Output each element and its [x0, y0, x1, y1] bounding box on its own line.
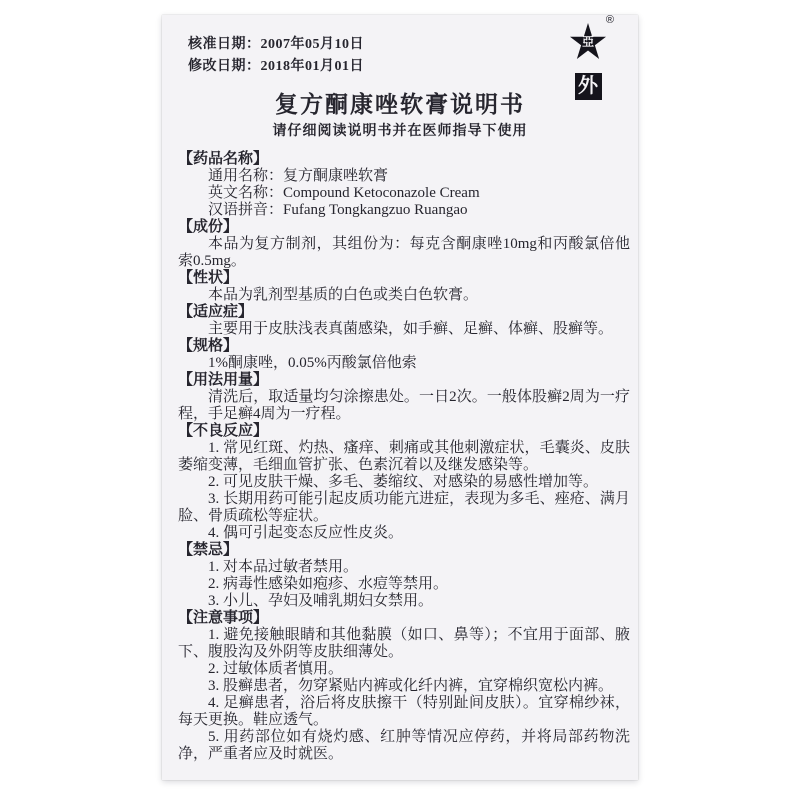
section: 【禁忌】1. 对本品过敏者禁用。2. 病毒性感染如疱疹、水痘等禁用。3. 小儿、…	[178, 542, 630, 610]
sections: 【药品名称】通用名称：复方酮康唑软膏英文名称：Compound Ketocona…	[178, 151, 630, 763]
section-paragraph: 英文名称：Compound Ketoconazole Cream	[178, 185, 630, 202]
section: 【药品名称】通用名称：复方酮康唑软膏英文名称：Compound Ketocona…	[178, 151, 630, 219]
package-insert-paper: 亞 ® 外 核准日期：2007年05月10日 修改日期：2018年01月01日 …	[162, 15, 638, 780]
section-heading: 【用法用量】	[178, 372, 630, 389]
external-use-badge: 外	[575, 73, 602, 100]
page-title: 复方酮康唑软膏说明书	[162, 91, 638, 119]
star-icon: 亞	[570, 23, 606, 59]
section-paragraph: 3. 长期用药可能引起皮质功能亢进症，表现为多毛、痤疮、满月脸、骨质疏松等症状。	[178, 491, 630, 525]
section: 【注意事项】1. 避免接触眼睛和其他黏膜（如口、鼻等）；不宜用于面部、腋下、腹股…	[178, 610, 630, 763]
section-paragraph: 4. 足癣患者，浴后将皮肤擦干（特别趾间皮肤）。宜穿棉纱袜，每天更换。鞋应透气。	[178, 695, 630, 729]
section-heading: 【成份】	[178, 219, 630, 236]
section-paragraph: 主要用于皮肤浅表真菌感染，如手癣、足癣、体癣、股癣等。	[178, 321, 630, 338]
section-paragraph: 5. 用药部位如有烧灼感、红肿等情况应停药，并将局部药物洗净，严重者应及时就医。	[178, 729, 630, 763]
section-heading: 【适应症】	[178, 304, 630, 321]
section: 【不良反应】1. 常见红斑、灼热、瘙痒、刺痛或其他刺激症状，毛囊炎、皮肤萎缩变薄…	[178, 423, 630, 542]
section-paragraph: 4. 偶可引起变态反应性皮炎。	[178, 525, 630, 542]
section-paragraph: 2. 病毒性感染如疱疹、水痘等禁用。	[178, 576, 630, 593]
section: 【用法用量】清洗后，取适量均匀涂擦患处。一日2次。一般体股癣2周为一疗程，手足癣…	[178, 372, 630, 423]
section-heading: 【规格】	[178, 338, 630, 355]
section-paragraph: 汉语拼音：Fufang Tongkangzuo Ruangao	[178, 202, 630, 219]
section: 【适应症】主要用于皮肤浅表真菌感染，如手癣、足癣、体癣、股癣等。	[178, 304, 630, 338]
section-heading: 【性状】	[178, 270, 630, 287]
section-paragraph: 2. 过敏体质者慎用。	[178, 661, 630, 678]
section-paragraph: 通用名称：复方酮康唑软膏	[178, 168, 630, 185]
section-paragraph: 1. 常见红斑、灼热、瘙痒、刺痛或其他刺激症状，毛囊炎、皮肤萎缩变薄，毛细血管扩…	[178, 440, 630, 474]
section-heading: 【药品名称】	[178, 151, 630, 168]
revision-date-label: 修改日期：	[188, 59, 261, 74]
approval-date-label: 核准日期：	[188, 37, 261, 52]
section-paragraph: 2. 可见皮肤干燥、多毛、萎缩纹、对感染的易感性增加等。	[178, 474, 630, 491]
section: 【性状】本品为乳剂型基质的白色或类白色软膏。	[178, 270, 630, 304]
section-paragraph: 1. 避免接触眼睛和其他黏膜（如口、鼻等）；不宜用于面部、腋下、腹股沟及外阴等皮…	[178, 627, 630, 661]
section: 【成份】本品为复方制剂，其组份为：每克含酮康唑10mg和丙酸氯倍他索0.5mg。	[178, 219, 630, 270]
registered-trademark-icon: ®	[606, 14, 614, 26]
star-center-character: 亞	[582, 35, 594, 49]
section-paragraph: 1%酮康唑，0.05%丙酸氯倍他索	[178, 355, 630, 372]
approval-date-value: 2007年05月10日	[261, 37, 365, 52]
section-heading: 【不良反应】	[178, 423, 630, 440]
section-paragraph: 清洗后，取适量均匀涂擦患处。一日2次。一般体股癣2周为一疗程，手足癣4周为一疗程…	[178, 389, 630, 423]
page-subtitle: 请仔细阅读说明书并在医师指导下使用	[162, 123, 638, 141]
section-paragraph: 3. 小儿、孕妇及哺乳期妇女禁用。	[178, 593, 630, 610]
section-heading: 【注意事项】	[178, 610, 630, 627]
section-heading: 【禁忌】	[178, 542, 630, 559]
section-paragraph: 1. 对本品过敏者禁用。	[178, 559, 630, 576]
section-paragraph: 3. 股癣患者，勿穿紧贴内裤或化纤内裤，宜穿棉织宽松内裤。	[178, 678, 630, 695]
brand-logo-column: 亞 ® 外	[568, 23, 608, 100]
section-paragraph: 本品为乳剂型基质的白色或类白色软膏。	[178, 287, 630, 304]
brand-star-logo: 亞 ®	[570, 23, 606, 59]
revision-date-value: 2018年01月01日	[261, 59, 365, 74]
section: 【规格】1%酮康唑，0.05%丙酸氯倍他索	[178, 338, 630, 372]
section-paragraph: 本品为复方制剂，其组份为：每克含酮康唑10mg和丙酸氯倍他索0.5mg。	[178, 236, 630, 270]
